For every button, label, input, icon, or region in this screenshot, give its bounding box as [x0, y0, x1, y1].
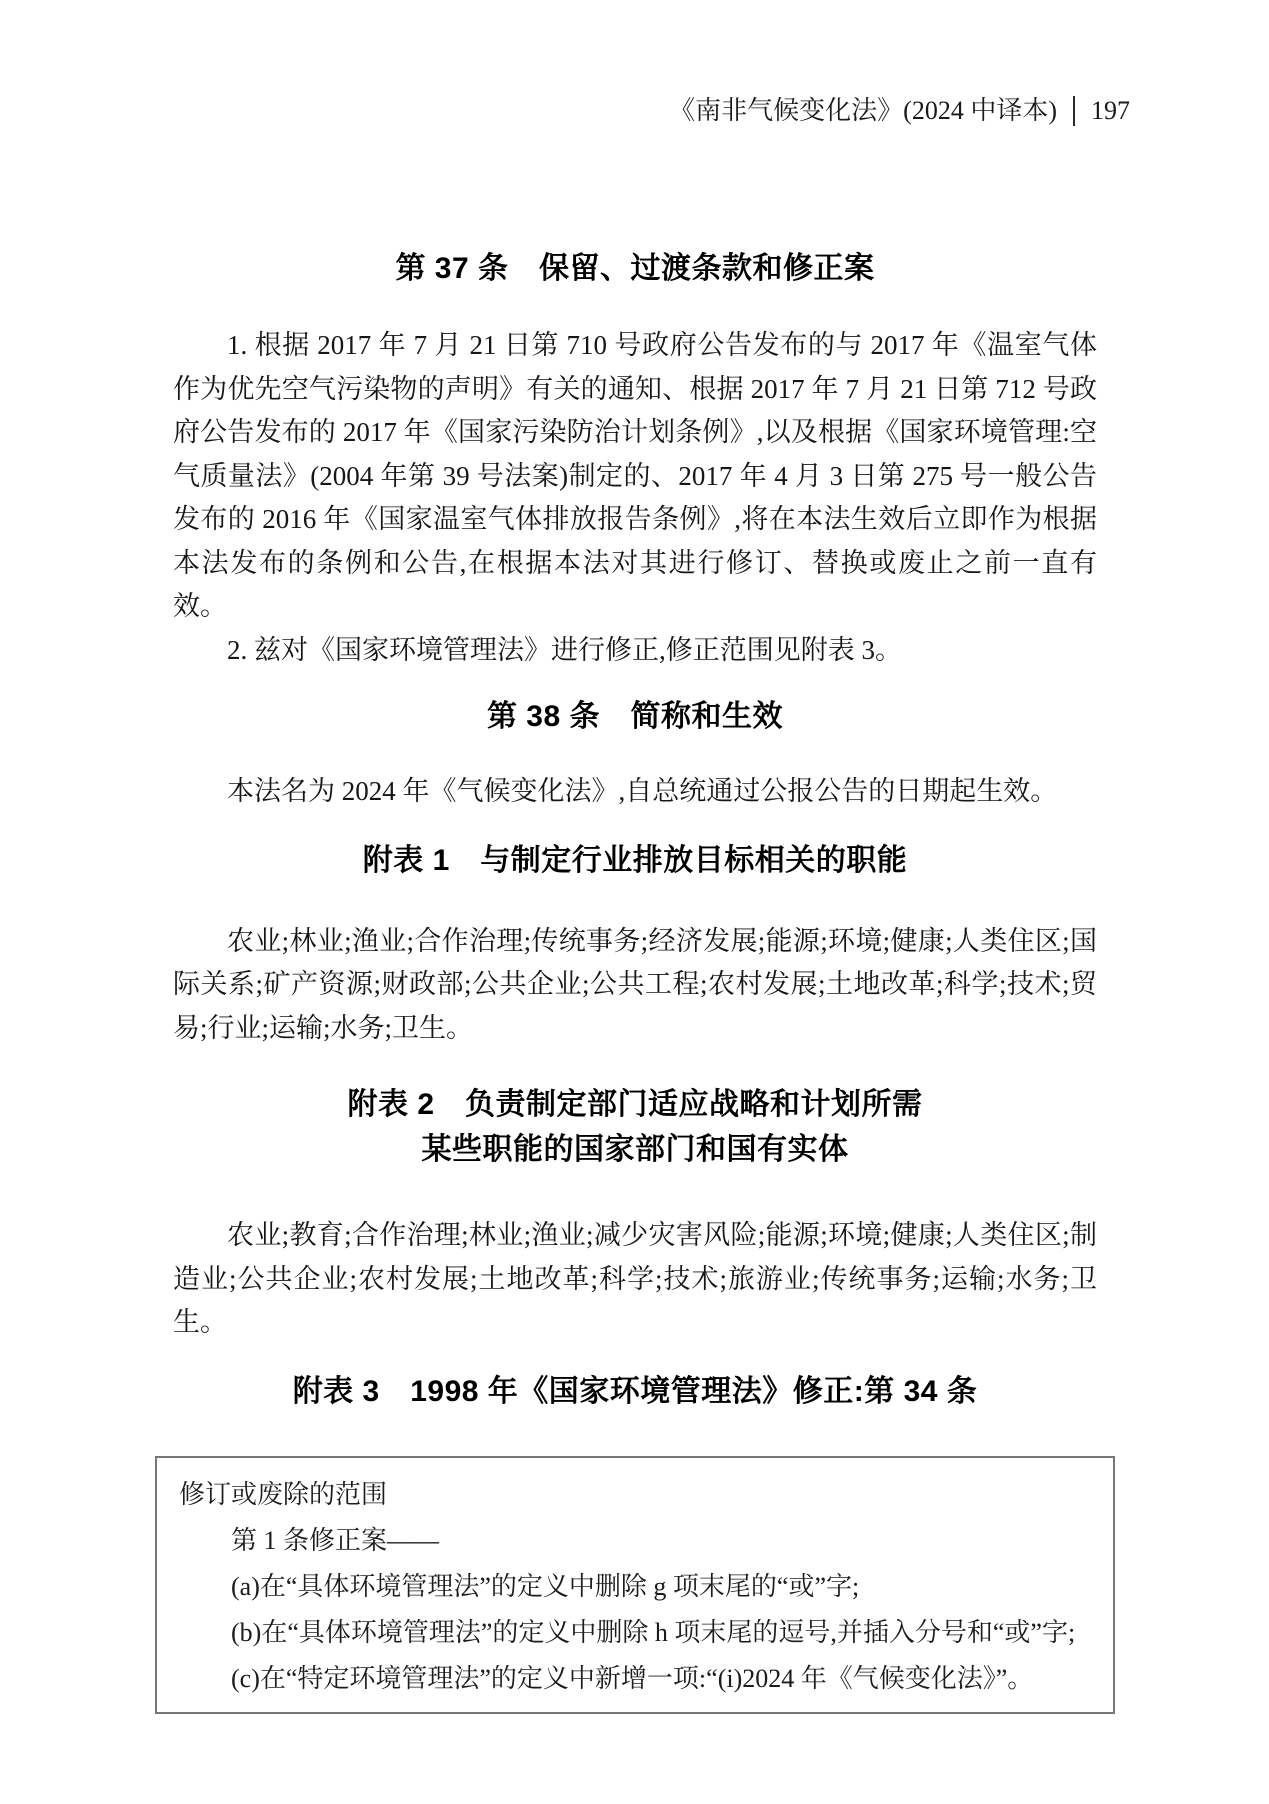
amendment-item-a: (a)在“具体环境管理法”的定义中删除 g 项末尾的“或”字;	[179, 1564, 1091, 1610]
amendment-item-c: (c)在“特定环境管理法”的定义中新增一项:“(i)2024 年《气候变化法》”…	[179, 1656, 1091, 1702]
schedule-2-heading-line-1: 附表 2 负责制定部门适应战略和计划所需	[173, 1082, 1097, 1127]
section-38-heading: 第 38 条 简称和生效	[173, 698, 1097, 736]
schedule-3-heading: 附表 3 1998 年《国家环境管理法》修正:第 34 条	[173, 1373, 1097, 1411]
amendment-box-title: 修订或废除的范围	[179, 1472, 1091, 1518]
schedule-2-heading: 附表 2 负责制定部门适应战略和计划所需 某些职能的国家部门和国有实体	[173, 1082, 1097, 1172]
section-37-paragraph-1: 1. 根据 2017 年 7 月 21 日第 710 号政府公告发布的与 201…	[173, 324, 1097, 629]
schedule-3-amendment-box: 修订或废除的范围 第 1 条修正案—— (a)在“具体环境管理法”的定义中删除 …	[155, 1456, 1115, 1714]
page-body: 第 37 条 保留、过渡条款和修正案 1. 根据 2017 年 7 月 21 日…	[173, 0, 1097, 1714]
schedule-2-paragraph: 农业;教育;合作治理;林业;渔业;减少灾害风险;能源;环境;健康;人类住区;制造…	[173, 1214, 1097, 1345]
schedule-1-heading: 附表 1 与制定行业排放目标相关的职能	[173, 842, 1097, 880]
document-page: { "header": { "book_title": "《南非气候变化法》(2…	[0, 0, 1269, 1804]
amendment-item-b: (b)在“具体环境管理法”的定义中删除 h 项末尾的逗号,并插入分号和“或”字;	[179, 1610, 1091, 1656]
schedule-2-heading-line-2: 某些职能的国家部门和国有实体	[173, 1127, 1097, 1172]
schedule-1-paragraph: 农业;林业;渔业;合作治理;传统事务;经济发展;能源;环境;健康;人类住区;国际…	[173, 920, 1097, 1051]
section-37-paragraph-2: 2. 兹对《国家环境管理法》进行修正,修正范围见附表 3。	[173, 629, 1097, 673]
section-38-paragraph: 本法名为 2024 年《气候变化法》,自总统通过公报公告的日期起生效。	[173, 770, 1097, 814]
amendment-label: 第 1 条修正案——	[179, 1518, 1091, 1564]
section-37-heading: 第 37 条 保留、过渡条款和修正案	[173, 250, 1097, 288]
